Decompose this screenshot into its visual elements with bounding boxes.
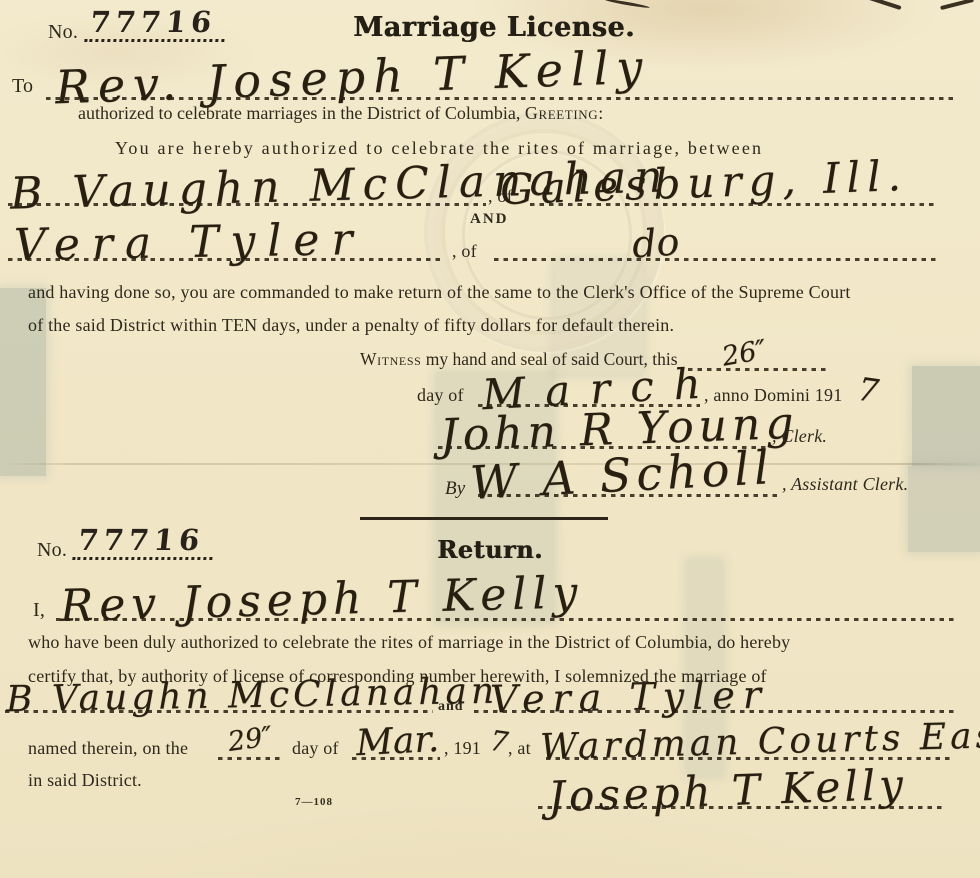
witness-label: Witness (360, 349, 421, 370)
clerk-label: , Clerk. (772, 426, 827, 448)
witness-day-handwritten: 26″ (720, 336, 768, 370)
marriage-day-line (218, 757, 284, 760)
bride-residence-line (494, 258, 936, 261)
marriage-month-handwritten: Mar. (355, 722, 440, 762)
in-district-label: in said District. (28, 770, 142, 792)
greeting-label: Greeting: (525, 103, 604, 124)
to-label: To (12, 74, 33, 98)
day-of-label: day of (417, 385, 464, 407)
section-divider (360, 517, 608, 520)
bride-name-handwritten: Vera Tyler (14, 218, 365, 268)
marriage-license-document: No. 77716 Marriage License. To Rev. Jose… (0, 0, 980, 878)
return-bride-name-handwritten: Vera Tyler (490, 676, 770, 719)
return-clause-line2: of the said District within TEN days, un… (28, 315, 674, 337)
anno-year-digit-handwritten: 7 (856, 373, 881, 408)
named-therein-label: named therein, on the (28, 738, 188, 760)
officiant-name-handwritten: Rev Joseph T Kelly (60, 571, 584, 629)
and-label: AND (470, 212, 509, 227)
by-label: By (445, 478, 465, 501)
assistant-clerk-signature-handwritten: W A Scholl (469, 444, 775, 506)
of-label-bride: , of (452, 241, 477, 263)
at-label: , at (508, 738, 531, 760)
bride-residence-handwritten: do (631, 222, 681, 263)
i-label: I, (33, 598, 45, 622)
ink-mark (940, 0, 974, 10)
ink-mark (604, 0, 650, 9)
license-number: 77716 (84, 8, 227, 42)
form-number: 7—108 (295, 796, 333, 808)
ink-mark (862, 0, 901, 10)
license-no-label: No. (48, 20, 78, 44)
return-clause-line1: and having done so, you are commanded to… (28, 282, 851, 304)
assistant-clerk-label: , Assistant Clerk. (782, 474, 908, 496)
return-year-label: , 191 (444, 738, 481, 760)
return-day-of-label: day of (292, 738, 339, 760)
to-name-handwritten: Rev. Joseph T Kelly (54, 44, 651, 111)
return-number: 77716 (72, 526, 215, 560)
officiant-signature-handwritten: Joseph T Kelly (547, 764, 907, 818)
return-groom-name-handwritten: B Vaughn McClanahan (6, 674, 499, 719)
authorized-line: authorized to celebrate marriages in the… (78, 103, 604, 124)
marriage-day-handwritten: 29″ (226, 723, 274, 756)
return-year-digit-handwritten: 7 (488, 727, 510, 757)
license-title: Marriage License. (344, 14, 644, 41)
tape-mark-right-bottom (908, 466, 980, 552)
tape-mark-right-top (912, 366, 980, 466)
return-title: Return. (400, 538, 580, 562)
return-no-label: No. (37, 538, 67, 562)
certify-line1: who have been duly authorized to celebra… (28, 632, 790, 654)
